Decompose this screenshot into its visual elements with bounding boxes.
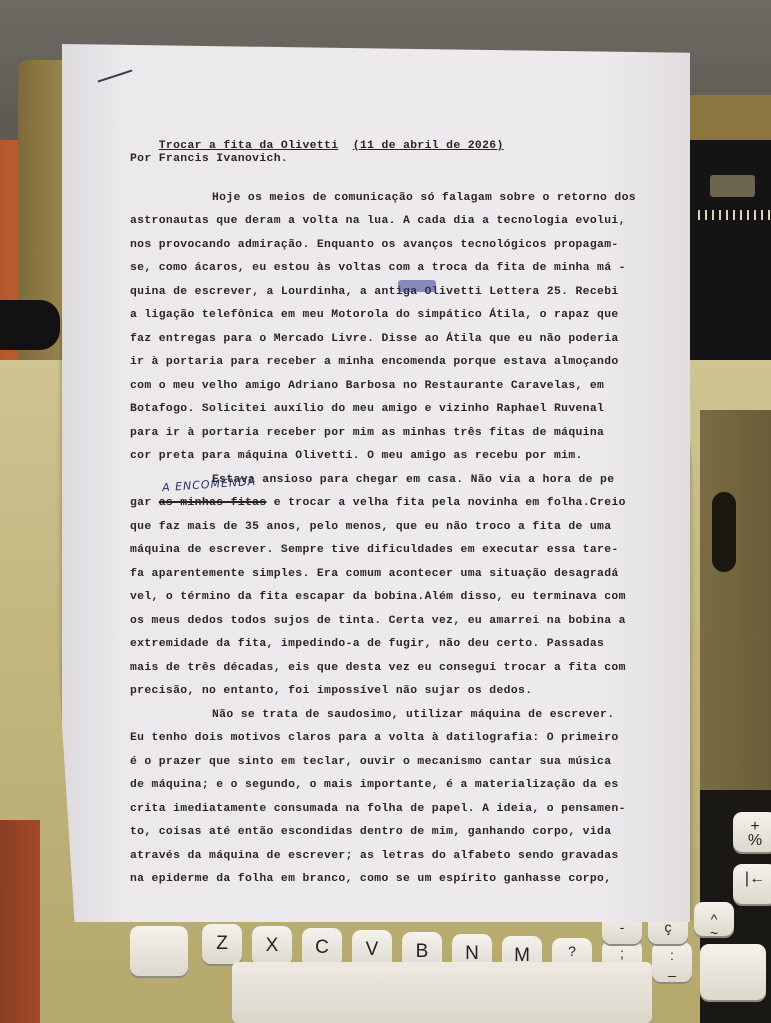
key-z[interactable]: Z (202, 924, 242, 964)
spacebar-key[interactable] (232, 962, 652, 1023)
document-body: Hoje os meios de comunicação só falagam … (130, 192, 710, 897)
document-title: Trocar a fita da Olivetti (159, 140, 339, 152)
document-date: (11 de abril de 2026) (353, 140, 504, 152)
typed-line: to, coisas até então escondidas dentro d… (130, 826, 710, 850)
typed-line: Botafogo. Solicitei auxílio do meu amigo… (130, 403, 710, 427)
struck-text: as minhas fitas (159, 497, 267, 509)
typed-document: Trocar a fita da Olivetti (11 de abril d… (130, 128, 710, 897)
typed-line: com o meu velho amigo Adriano Barbosa no… (130, 380, 710, 404)
handwritten-overwrite (398, 280, 436, 292)
typed-line: Não se trata de saudosimo, utilizar máqu… (130, 709, 710, 733)
typewriter-right-slot (712, 492, 736, 572)
document-byline: Por Francis Ivanovich. (130, 153, 710, 177)
typed-line: fa aparentemente simples. Era comum acon… (130, 568, 710, 592)
key-colon[interactable]: :_ (652, 942, 692, 982)
key-margin-release[interactable]: |← (733, 864, 771, 904)
key-circumflex[interactable]: ^~ (694, 902, 734, 936)
typed-line: Eu tenho dois motivos claros para a volt… (130, 732, 710, 756)
key-plus-percent[interactable]: +% (733, 812, 771, 852)
typed-line: precisão, no entanto, foi impossível não… (130, 685, 710, 709)
typewriter-right-panel (700, 410, 771, 790)
typed-line: vel, o término da fita escapar da bobina… (130, 591, 710, 615)
typed-line: gar as minhas fitas e trocar a velha fit… (130, 497, 710, 521)
key-shift-left[interactable] (130, 926, 188, 976)
key-x[interactable]: X (252, 926, 292, 966)
typed-line: faz entregas para o Mercado Livre. Disse… (130, 333, 710, 357)
typewriter-platen-knob (0, 300, 60, 350)
typed-line: através da máquina de escrever; as letra… (130, 850, 710, 874)
typed-line: a ligação telefônica em meu Motorola do … (130, 309, 710, 333)
typed-line: é o prazer que sinto em teclar, ouvir o … (130, 756, 710, 780)
typed-line: na epiderme da folha em branco, como se … (130, 873, 710, 897)
typed-line: para ir à portaria receber por mim as mi… (130, 427, 710, 451)
typed-line: os meus dedos todos sujos de tinta. Cert… (130, 615, 710, 639)
typed-line: astronautas que deram a volta na lua. A … (130, 215, 710, 239)
key-shift-right[interactable] (700, 944, 766, 1000)
typed-line: nos provocando admiração. Enquanto os av… (130, 239, 710, 263)
typewriter-margin-indicator (710, 175, 755, 197)
typed-line: ir à portaria para receber a minha encom… (130, 356, 710, 380)
typed-line: crita imediatamente consumada na folha d… (130, 803, 710, 827)
document-heading: Trocar a fita da Olivetti (11 de abril d… (130, 128, 710, 153)
table-surface (0, 820, 40, 1023)
typed-line: mais de três décadas, eis que desta vez … (130, 662, 710, 686)
typed-line: máquina de escrever. Sempre tive dificul… (130, 544, 710, 568)
typed-line: que faz mais de 35 anos, pelo menos, que… (130, 521, 710, 545)
typed-line: de máquina; e o segundo, o mais importan… (130, 779, 710, 803)
typed-line: Hoje os meios de comunicação só falagam … (130, 192, 710, 216)
typed-line: cor preta para máquina Olivetti. O meu a… (130, 450, 710, 474)
typed-line: extremidade da fita, impedindo-a de fugi… (130, 638, 710, 662)
